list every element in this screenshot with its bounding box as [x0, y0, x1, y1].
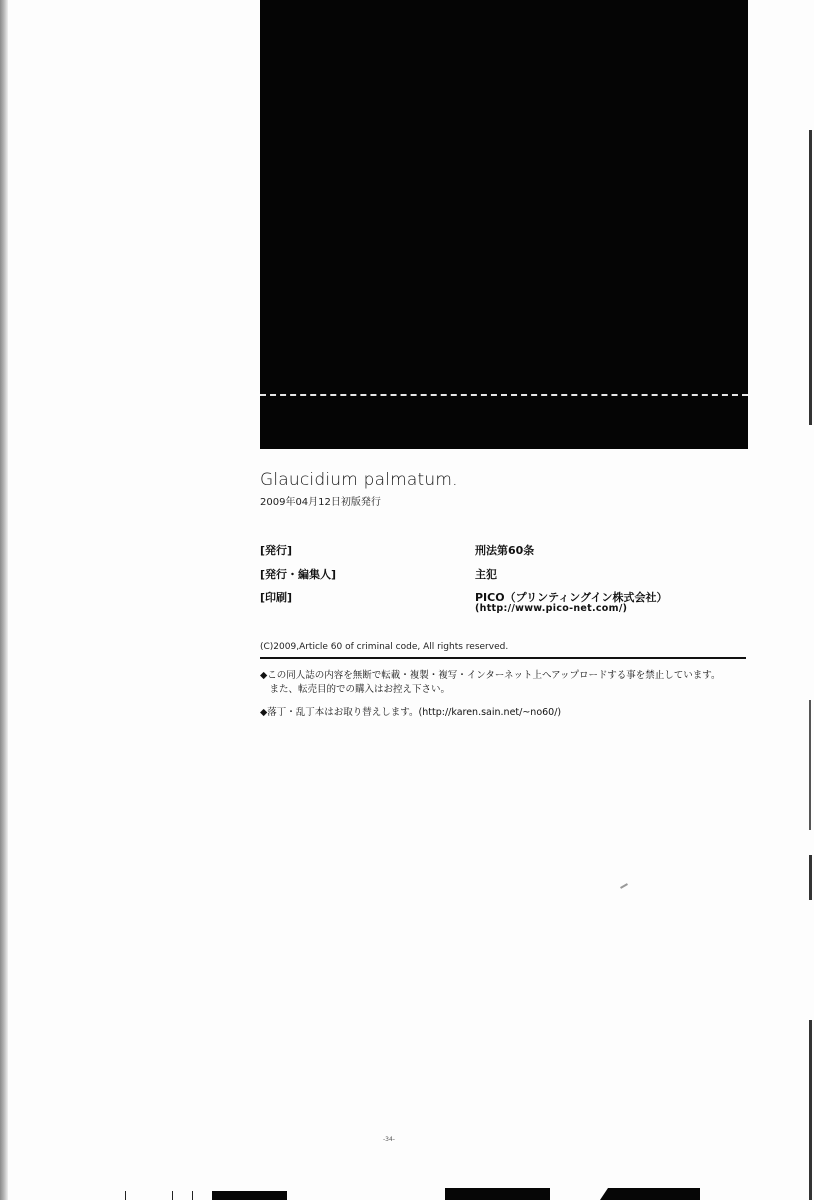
notice-line: また、転売目的での購入はお控え下さい。	[260, 683, 720, 697]
page-binding-edge	[0, 0, 8, 1200]
copyright-line: (C)2009,Article 60 of criminal code, All…	[260, 642, 508, 652]
colophon-label-editor: [発行・編集人]	[260, 566, 336, 582]
horizontal-rule	[260, 657, 746, 659]
scan-speck	[620, 883, 628, 889]
bottom-bleed-block	[445, 1188, 550, 1200]
notice-replacement: ◆落丁・乱丁本はお取り替えします。(http://karen.sain.net/…	[260, 706, 561, 720]
right-edge-line	[809, 1020, 812, 1200]
publish-date: 2009年04月12日初版発行	[260, 493, 381, 508]
colophon-value-editor: 主犯	[475, 566, 497, 582]
dashed-cut-line	[260, 394, 748, 396]
book-title: Glaucidium palmatum.	[260, 470, 458, 490]
bottom-bleed-block	[600, 1188, 700, 1200]
bottom-bleed-block	[212, 1191, 287, 1200]
bleed-tick	[172, 1191, 173, 1200]
notice-line: ◆落丁・乱丁本はお取り替えします。(http://karen.sain.net/…	[260, 706, 561, 720]
notice-reproduction: ◆この同人誌の内容を無断で転載・複製・複写・インターネット上へアップロードする事…	[260, 669, 720, 697]
notice-line: ◆この同人誌の内容を無断で転載・複製・複写・インターネット上へアップロードする事…	[260, 669, 720, 683]
right-edge-line	[809, 700, 811, 830]
colophon-label-printer: [印刷]	[260, 589, 292, 605]
bleed-tick	[192, 1191, 193, 1200]
right-edge-line	[809, 130, 812, 425]
printer-url: (http://www.pico-net.com/)	[475, 603, 627, 614]
colophon-value-publisher: 刑法第60条	[475, 542, 534, 558]
bleed-tick	[125, 1191, 126, 1200]
black-image-panel	[260, 0, 748, 449]
colophon-label-publisher: [発行]	[260, 542, 292, 558]
right-edge-line	[809, 855, 812, 900]
page-number: -34-	[383, 1136, 395, 1143]
